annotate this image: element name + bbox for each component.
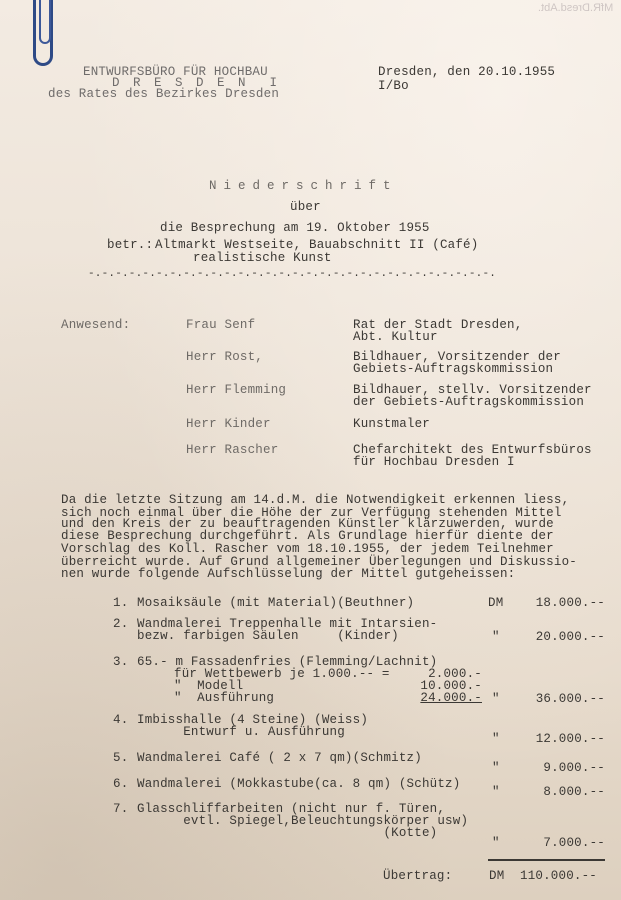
subitem-value: 24.000.-: [420, 692, 482, 705]
item-description: Wandmalerei (Mokkastube(ca. 8 qm) (Schüt…: [137, 778, 460, 791]
carryover-amount: 110.000.--: [520, 870, 597, 883]
item-number: 2.: [113, 618, 128, 631]
attendee-name: Frau Senf: [186, 319, 255, 332]
paperclip-icon: [33, 0, 53, 66]
item-currency: ": [492, 693, 500, 706]
item-description: bezw. farbigen Säulen (Kinder): [137, 630, 399, 643]
item-description: Mosaiksäule (mit Material)(Beuthner): [137, 597, 414, 610]
item-description: Wandmalerei Café ( 2 x 7 qm)(Schmitz): [137, 752, 422, 765]
document-date: Dresden, den 20.10.1955: [378, 66, 555, 79]
carryover-currency: DM: [489, 870, 504, 883]
item-number: 3.: [113, 656, 128, 669]
item-number: 1.: [113, 597, 128, 610]
item-amount: 12.000.--: [505, 733, 605, 746]
attendee-name: Herr Rascher: [186, 444, 278, 457]
item-amount: 7.000.--: [505, 837, 605, 850]
item-description: Entwurf u. Ausführung: [137, 726, 345, 739]
item-amount: 18.000.--: [505, 597, 605, 610]
paragraph-line: nen wurde folgende Aufschlüsselung der M…: [61, 568, 515, 581]
org-council: des Rates des Bezirkes Dresden: [48, 88, 279, 101]
item-number: 7.: [113, 803, 128, 816]
subitem-label: " Ausführung: [174, 692, 274, 705]
item-amount: 9.000.--: [505, 762, 605, 775]
attendee-name: Herr Rost,: [186, 351, 263, 364]
item-amount: 20.000.--: [505, 631, 605, 644]
attendee-role-cont: Gebiets-Auftragskommission: [353, 363, 553, 376]
attendee-role-cont: Abt. Kultur: [353, 331, 438, 344]
item-currency: ": [492, 631, 500, 644]
document-reference: I/Bo: [378, 80, 409, 93]
sum-rule: [488, 859, 605, 861]
attendee-role: Kunstmaler: [353, 418, 430, 431]
title-sub1: über: [290, 201, 321, 214]
item-currency: ": [492, 762, 500, 775]
carryover-label: Übertrag:: [383, 870, 452, 883]
item-number: 4.: [113, 714, 128, 727]
subject-label: betr.:: [107, 239, 153, 252]
title-sub2: die Besprechung am 19. Oktober 1955: [160, 222, 430, 235]
item-currency: ": [492, 733, 500, 746]
title-separator: -.-.-.-.-.-.-.-.-.-.-.-.-.-.-.-.-.-.-.-.…: [88, 268, 496, 281]
item-currency: DM: [488, 597, 503, 610]
item-amount: 36.000.--: [505, 693, 605, 706]
item-number: 5.: [113, 752, 128, 765]
bleed-through-text: MfR.Dresd.Abt.: [538, 2, 613, 14]
item-currency: ": [492, 786, 500, 799]
attendee-role-cont: für Hochbau Dresden I: [353, 456, 515, 469]
attendee-name: Herr Flemming: [186, 384, 286, 397]
item-amount: 8.000.--: [505, 786, 605, 799]
item-currency: ": [492, 837, 500, 850]
attendance-label: Anwesend:: [61, 319, 130, 332]
attendee-name: Herr Kinder: [186, 418, 271, 431]
subject-line2: realistische Kunst: [193, 252, 332, 265]
document-title: Niederschrift: [209, 180, 398, 193]
item-description: (Kotte): [137, 827, 437, 840]
attendee-role-cont: der Gebiets-Auftragskommission: [353, 396, 584, 409]
item-number: 6.: [113, 778, 128, 791]
